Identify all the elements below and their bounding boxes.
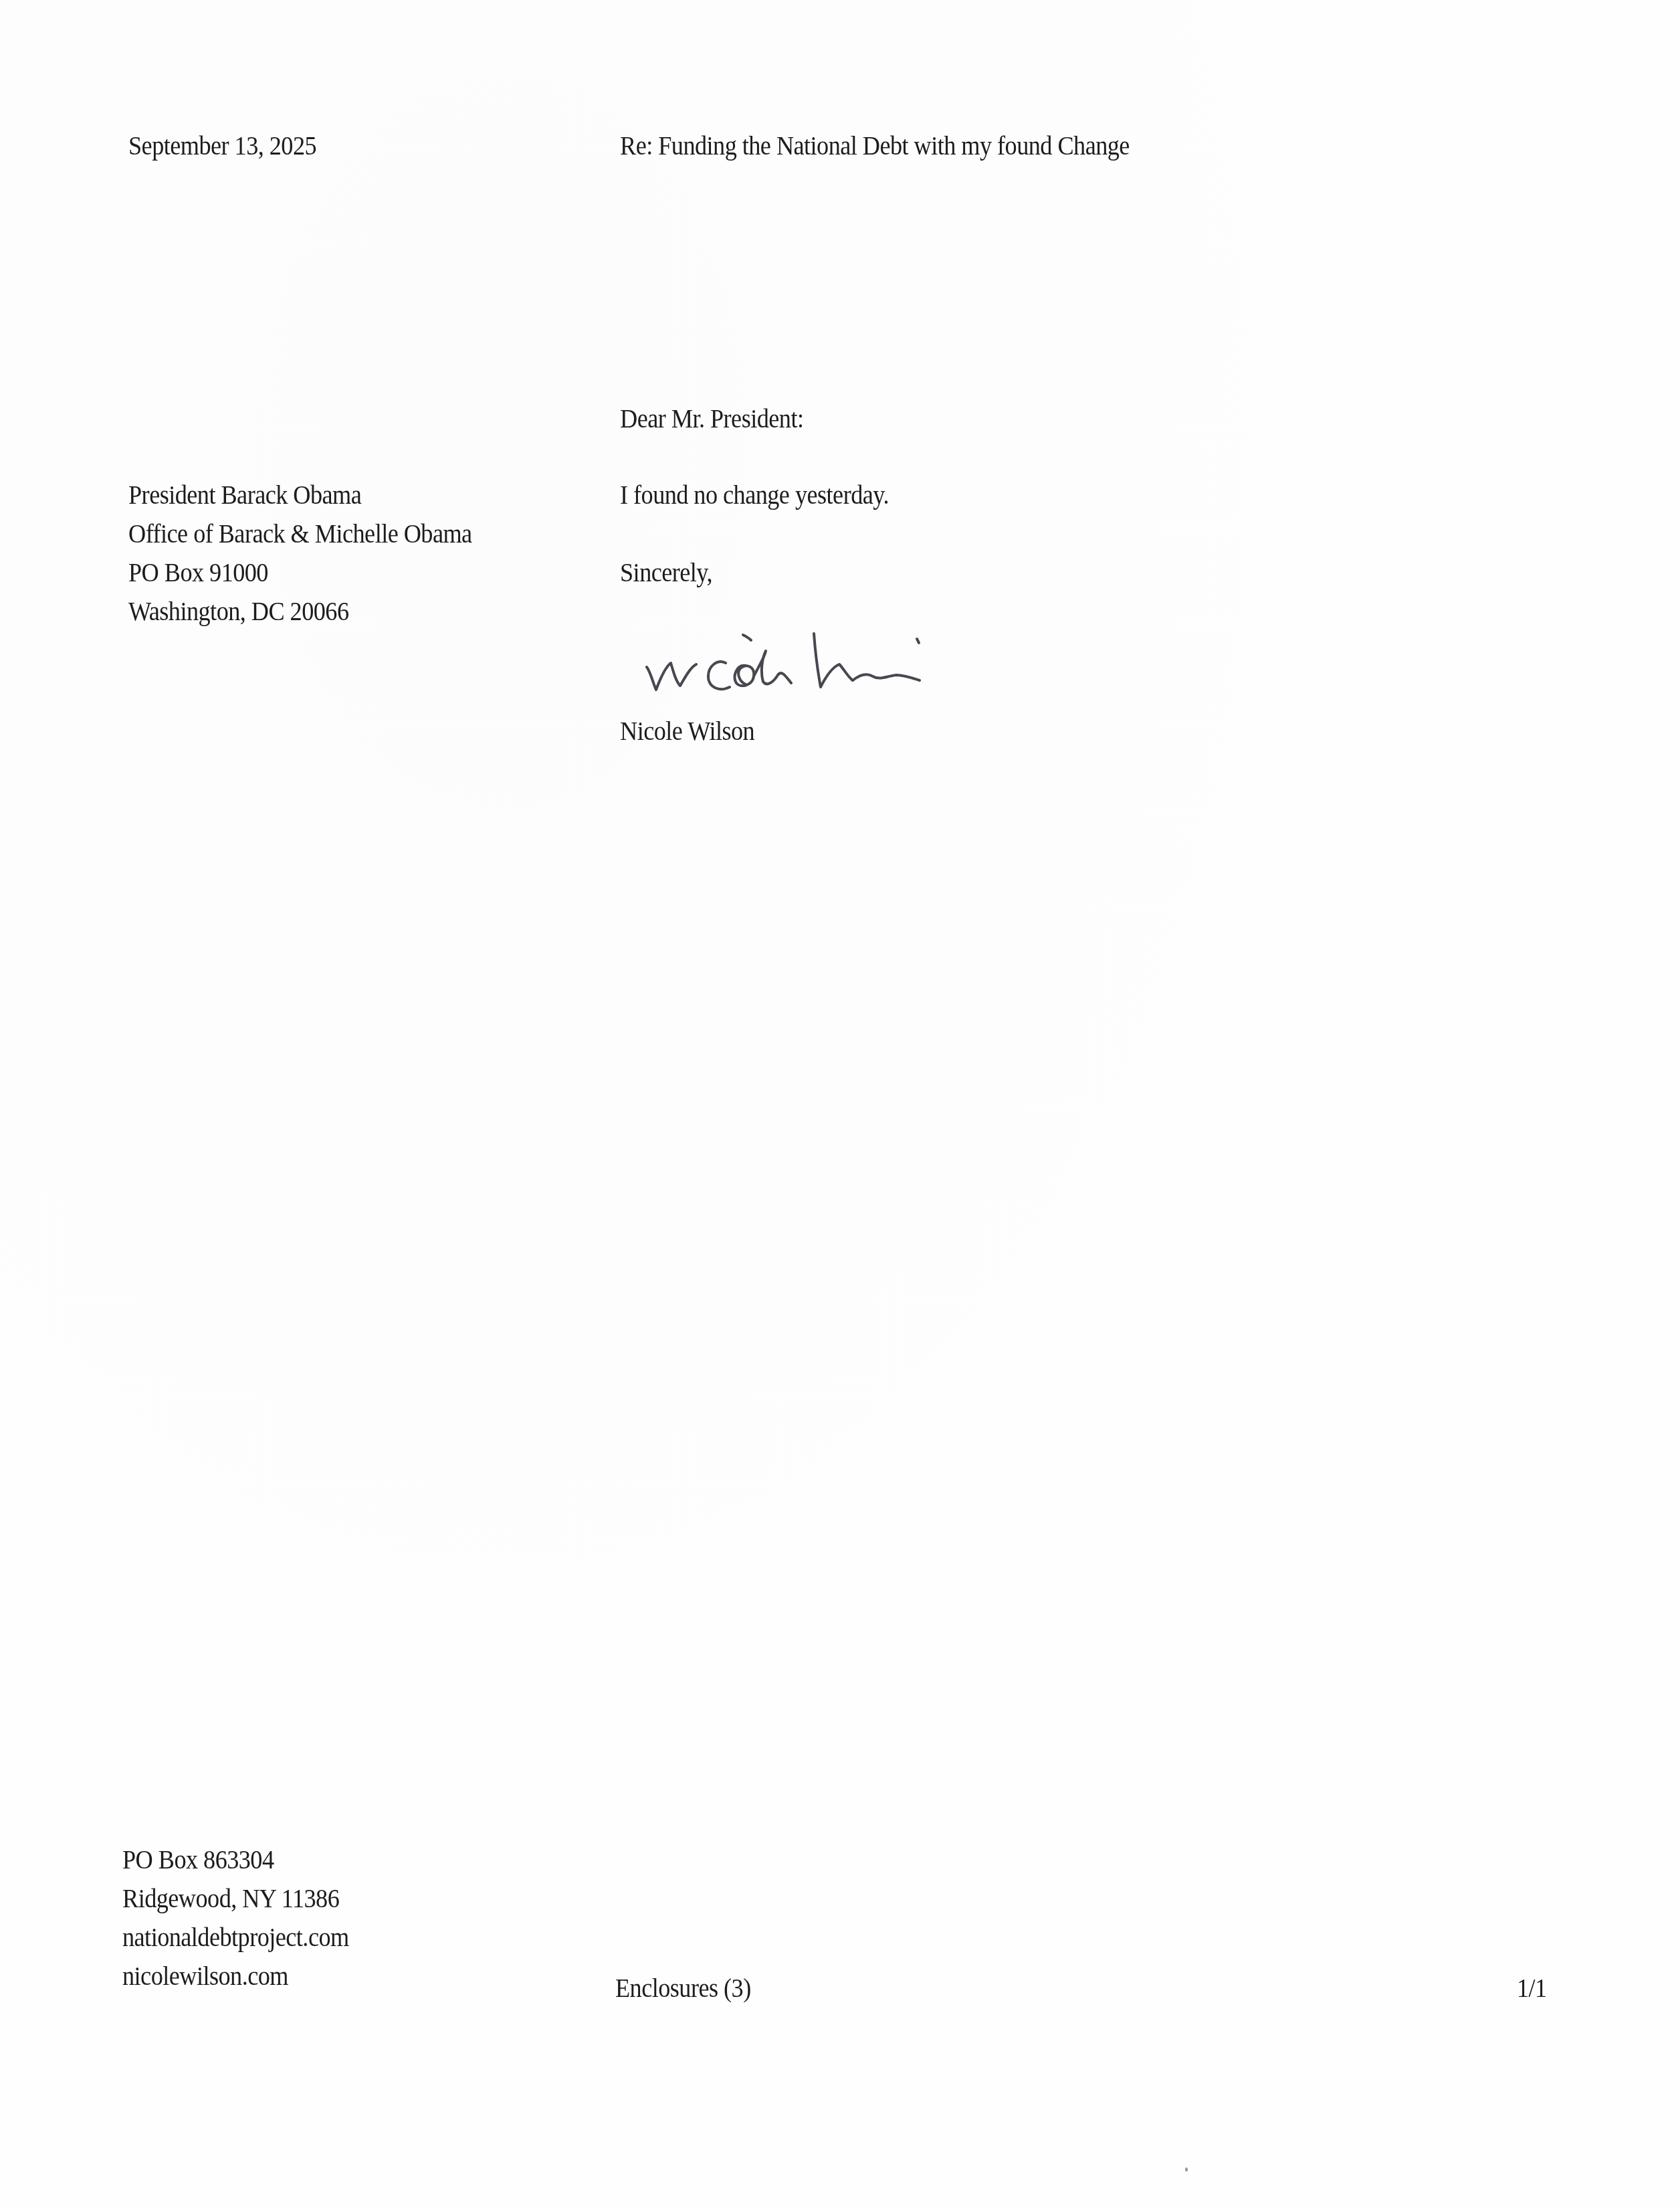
recipient-line: Washington, DC 20066 — [128, 593, 472, 632]
enclosures-note: Enclosures (3) — [615, 1970, 751, 2008]
recipient-line: PO Box 91000 — [128, 554, 472, 593]
subject-line: Re: Funding the National Debt with my fo… — [620, 127, 1130, 166]
page-number: 1/1 — [1517, 1970, 1547, 2008]
closing: Sincerely, — [620, 554, 712, 593]
scan-speck — [1185, 2168, 1188, 2172]
letter-body: I found no change yesterday. — [620, 476, 889, 515]
sender-address: PO Box 863304 Ridgewood, NY 11386 nation… — [122, 1841, 366, 1996]
letter-date: September 13, 2025 — [128, 127, 316, 166]
sender-line: PO Box 863304 — [122, 1841, 349, 1880]
sender-website-link[interactable]: nicolewilson.com — [122, 1957, 349, 1996]
sender-website-link[interactable]: nationaldebtproject.com — [122, 1919, 349, 1957]
letter-page: September 13, 2025 Re: Funding the Natio… — [0, 0, 1680, 2209]
handwritten-signature-icon — [639, 626, 960, 702]
recipient-line: President Barack Obama — [128, 476, 472, 515]
sender-line: Ridgewood, NY 11386 — [122, 1880, 349, 1919]
salutation: Dear Mr. President: — [620, 400, 803, 439]
recipient-address: President Barack Obama Office of Barack … — [128, 476, 498, 632]
recipient-line: Office of Barack & Michelle Obama — [128, 515, 472, 554]
signer-name: Nicole Wilson — [620, 712, 754, 751]
